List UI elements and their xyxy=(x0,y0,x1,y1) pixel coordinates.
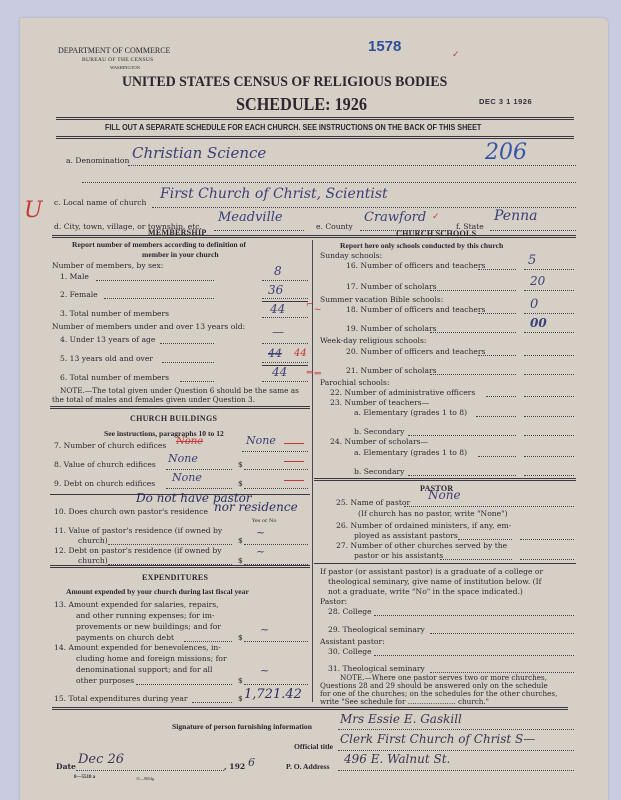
q25-line xyxy=(404,506,574,507)
q21-label: 21. Number of scholars xyxy=(346,366,437,375)
q3-label: 3. Total number of members xyxy=(60,309,169,318)
denomination-label: a. Denomination xyxy=(66,156,129,165)
q14-line-2: cluding home and foreign missions; for xyxy=(76,654,227,663)
expenditures-rule xyxy=(52,707,568,710)
q18-label: 18. Number of officers and teachers xyxy=(346,305,485,314)
q15-total-field[interactable]: 1,721.42 xyxy=(244,687,302,702)
po-address-line xyxy=(338,770,574,771)
q11-value-field[interactable]: ~ xyxy=(256,526,265,539)
date-field[interactable]: Dec 26 xyxy=(78,752,124,767)
q11-label-1: 11. Value of pastor's residence (if owne… xyxy=(54,526,222,535)
q2-label: 2. Female xyxy=(60,290,98,299)
buildings-title: CHURCH BUILDINGS xyxy=(130,414,217,423)
instructions-rule xyxy=(56,136,574,139)
q12-label-1: 12. Debt on pastor's residence (if owned… xyxy=(54,546,222,555)
q7-struck: None xyxy=(176,436,203,447)
official-title-label: Official title xyxy=(294,742,333,751)
q8-label: 8. Value of church edifices xyxy=(54,460,156,469)
q13-dollar: $ xyxy=(238,633,243,642)
q6-label: 6. Total number of members xyxy=(60,373,169,382)
city-label: WASHINGTON xyxy=(110,65,140,70)
schools-title: CHURCH SCHOOLS xyxy=(396,229,476,238)
q14-leader xyxy=(136,684,232,685)
q5-label: 5. 13 years old and over xyxy=(60,354,153,363)
q11-label-2: church) xyxy=(78,536,108,545)
age-label: Number of members under and over 13 year… xyxy=(52,322,245,331)
department-label: DEPARTMENT OF COMMERCE xyxy=(58,46,170,55)
q19-field[interactable]: 00 xyxy=(530,316,547,330)
parochial-schools-label: Parochial schools: xyxy=(320,378,390,387)
q26-line-2: ployed as assistant pastors xyxy=(354,531,458,540)
q30-college-field[interactable] xyxy=(374,655,574,656)
q27-line-2: pastor or his assistants xyxy=(354,551,443,560)
membership-rule xyxy=(50,406,310,409)
expenditures-subtitle: Amount expended by your church during la… xyxy=(66,587,249,596)
buildings-rule xyxy=(50,565,310,568)
q18-leader xyxy=(478,313,516,314)
q23a-label: a. Elementary (grades 1 to 8) xyxy=(354,408,467,417)
denomination-field[interactable]: Christian Science xyxy=(132,144,266,162)
q9-leader xyxy=(166,488,232,489)
q12-dollar: $ xyxy=(238,556,243,565)
denomination-line xyxy=(128,165,576,166)
assistant-pastor-label: Assistant pastor: xyxy=(320,637,385,646)
q6-total-field[interactable]: 44 xyxy=(272,365,287,379)
membership-note: NOTE.—The total given under Question 6 s… xyxy=(52,386,307,404)
local-name-field[interactable]: First Church of Christ, Scientist xyxy=(160,186,388,202)
q4-leader xyxy=(160,343,214,344)
red-tick-q18: ⌐ xyxy=(306,300,314,310)
q8-dollar: $ xyxy=(238,460,243,469)
q27-line-1: 27. Number of other churches served by t… xyxy=(336,541,507,550)
q13-amount-field[interactable]: ~ xyxy=(260,623,269,636)
q8-line xyxy=(244,469,308,470)
q18-field[interactable]: 0 xyxy=(530,297,538,312)
q17-field[interactable]: 20 xyxy=(530,274,545,288)
q13-line-4: payments on church debt xyxy=(76,633,174,642)
q19-label: 19. Number of scholars xyxy=(346,324,437,333)
q16-line xyxy=(524,269,574,270)
q13-line-2: and other running expenses; for im- xyxy=(76,611,215,620)
state-field[interactable]: Penna xyxy=(494,208,537,224)
by-sex-label: Number of members, by sex: xyxy=(52,261,163,270)
q25-hint: (If church has no pastor, write "None") xyxy=(358,509,508,518)
schools-subtitle: Report here only schools conducted by th… xyxy=(340,241,503,250)
check-mark: ✓ xyxy=(452,50,460,60)
q10-yes-no-hint: Yes or No xyxy=(252,517,276,526)
date-label: Date xyxy=(56,762,76,771)
q9-dollar: $ xyxy=(238,479,243,488)
grad-note-2: theological seminary, give name of insti… xyxy=(328,577,541,586)
q13-line xyxy=(244,641,308,642)
grad-note-3: not a graduate, write "No" in the space … xyxy=(328,587,523,596)
q12-label-2: church) xyxy=(78,556,108,565)
q5-line xyxy=(262,362,308,363)
schedule-title: SCHEDULE: 1926 xyxy=(236,94,367,115)
q20-label: 20. Number of officers and teachers xyxy=(346,347,485,356)
q12-value-field[interactable]: ~ xyxy=(256,545,265,558)
instructions-banner: FILL OUT A SEPARATE SCHEDULE FOR EACH CH… xyxy=(105,123,481,132)
received-date-stamp: DEC 3 1 1926 xyxy=(479,97,532,106)
form-code-1: 8—5518 a xyxy=(74,775,95,780)
q23-label: 23. Number of teachers— xyxy=(330,398,429,407)
q21-leader xyxy=(430,374,516,375)
q29-seminary-field[interactable] xyxy=(430,633,574,634)
official-title-line xyxy=(338,750,574,751)
q5-struck-value: 44 xyxy=(268,347,282,360)
grad-note-1: If pastor (or assistant pastor) is a gra… xyxy=(320,567,543,576)
q5-over13-field[interactable]: 44 xyxy=(294,348,307,359)
q9-line xyxy=(244,488,308,489)
date-line xyxy=(76,770,224,771)
q2-line xyxy=(262,298,308,299)
q25-label: 25. Name of pastor xyxy=(336,498,410,507)
q11-dollar: $ xyxy=(238,536,243,545)
q17-leader xyxy=(430,290,516,291)
q24a-leader xyxy=(478,456,516,457)
signature-field[interactable]: Mrs Essie E. Gaskill xyxy=(340,712,462,726)
q19-line xyxy=(524,332,574,333)
q7-label: 7. Number of church edifices xyxy=(54,441,166,450)
q24b-leader xyxy=(408,475,516,476)
q1-label: 1. Male xyxy=(60,272,89,281)
membership-subtitle-1: Report number of members according to de… xyxy=(72,240,246,249)
q24-label: 24. Number of scholars— xyxy=(330,437,428,446)
county-field[interactable]: Crawford xyxy=(364,210,426,225)
expenditures-title: EXPENDITURES xyxy=(142,573,208,582)
q17-line xyxy=(524,290,574,291)
q14-line xyxy=(244,684,308,685)
q26-field[interactable] xyxy=(520,539,574,540)
q1-male-field[interactable]: 8 xyxy=(274,264,282,278)
q16-label: 16. Number of officers and teachers xyxy=(346,261,485,270)
year-digit-field[interactable]: 6 xyxy=(248,756,255,769)
po-address-label: P. O. Address xyxy=(286,762,329,771)
summer-schools-label: Summer vacation Bible schools: xyxy=(320,295,443,304)
q14-line-4: other purposes xyxy=(76,676,134,685)
q7-line xyxy=(242,451,308,452)
city-line xyxy=(214,230,304,231)
year-prefix: , 192 xyxy=(224,762,245,771)
q8-value-field[interactable]: None xyxy=(168,452,198,465)
q25-pastor-name-field[interactable]: None xyxy=(428,488,461,502)
pastor-note-4: write "See schedule for ................… xyxy=(320,698,489,706)
q17-label: 17. Number of scholars xyxy=(346,282,437,291)
q14-line-1: 14. Amount expended for benevolences, in… xyxy=(54,643,221,652)
q31-label: 31. Theological seminary xyxy=(328,664,425,673)
signature-label: Signature of person furnishing informati… xyxy=(172,722,312,731)
q6-line xyxy=(262,381,308,382)
q14-line-3: denominational support; and for all xyxy=(76,665,212,674)
state-line xyxy=(490,230,576,231)
q26-line-1: 26. Number of ordained ministers, if any… xyxy=(336,521,511,530)
q20-field[interactable] xyxy=(524,355,574,356)
q4-label: 4. Under 13 years of age xyxy=(60,335,155,344)
schools-rule xyxy=(314,478,576,481)
membership-subtitle-2: member in your church xyxy=(142,250,219,259)
q23b-field[interactable] xyxy=(524,435,574,436)
q22-field[interactable] xyxy=(524,396,574,397)
q9-debt-field[interactable]: None xyxy=(172,471,202,484)
q28-label: 28. College xyxy=(328,607,372,616)
sunday-schools-label: Sunday schools: xyxy=(320,251,382,260)
margin-mark: U xyxy=(24,198,43,223)
header-rule xyxy=(56,117,574,120)
buildings-subtitle: See instructions, paragraphs 10 to 12 xyxy=(104,429,224,438)
q2-female-field[interactable]: 36 xyxy=(268,283,283,297)
q13-line-3: provements or new buildings; and for xyxy=(76,622,221,631)
bureau-label: BUREAU OF THE CENSUS xyxy=(82,57,153,63)
local-name-label: c. Local name of church xyxy=(54,198,146,207)
code-number: 206 xyxy=(485,140,527,165)
county-check: ✓ xyxy=(432,212,440,222)
denomination-line-2 xyxy=(82,182,576,183)
q23a-field[interactable] xyxy=(524,416,574,417)
identity-rule xyxy=(52,235,576,238)
q29-label: 29. Theological seminary xyxy=(328,625,425,634)
q16-leader xyxy=(478,269,516,270)
q15-leader xyxy=(192,702,232,703)
q23a-leader xyxy=(476,416,516,417)
q28-college-field[interactable] xyxy=(374,615,574,616)
q30-label: 30. College xyxy=(328,647,372,656)
stamp-number: 1578 xyxy=(368,38,401,55)
q21-field[interactable] xyxy=(524,374,574,375)
q3-total-field[interactable]: 44 xyxy=(270,302,285,316)
q9-label: 9. Debt on church edifices xyxy=(54,479,155,488)
q19-leader xyxy=(430,332,516,333)
red-mark-q9 xyxy=(284,480,304,481)
weekday-schools-label: Week-day religious schools: xyxy=(320,336,426,345)
pastor-rule xyxy=(314,563,576,564)
q23b-leader xyxy=(408,435,516,436)
q23b-label: b. Secondary xyxy=(354,427,404,436)
q10-answer-line2[interactable]: nor residence xyxy=(214,500,298,514)
q13-leader xyxy=(184,641,232,642)
q3-line xyxy=(262,317,308,318)
q26-leader xyxy=(458,539,512,540)
q2-leader xyxy=(104,298,214,299)
city-field[interactable]: Meadville xyxy=(218,210,283,225)
q18-line xyxy=(524,313,574,314)
q10-label: 10. Does church own pastor's residence xyxy=(54,507,208,516)
q22-label: 22. Number of administrative officers xyxy=(330,388,475,397)
red-mark-q8 xyxy=(284,461,304,462)
q15-dollar: $ xyxy=(238,694,243,703)
q5-leader xyxy=(162,362,214,363)
q6-leader xyxy=(180,381,214,382)
form-code-2: 11—9654g xyxy=(136,776,154,781)
official-title-field[interactable]: Clerk First Church of Christ S— xyxy=(340,732,535,746)
q13-line-1: 13. Amount expended for salaries, repair… xyxy=(54,600,219,609)
q7-edifices-field[interactable]: None xyxy=(246,434,276,447)
q22-leader xyxy=(486,396,516,397)
q24a-field[interactable] xyxy=(524,456,574,457)
q24b-field[interactable] xyxy=(524,475,574,476)
q4-under13-field[interactable]: — xyxy=(272,325,284,339)
red-mark-q7 xyxy=(284,443,304,444)
q11-leader xyxy=(108,544,232,545)
q14-dollar: $ xyxy=(238,676,243,685)
q27-leader xyxy=(440,559,512,560)
q16-field[interactable]: 5 xyxy=(528,253,536,268)
q11-line xyxy=(244,544,308,545)
q14-amount-field[interactable]: ~ xyxy=(260,664,269,677)
red-tick-q3: ~ xyxy=(314,305,322,315)
q8-leader xyxy=(166,469,232,470)
q24b-label: b. Secondary xyxy=(354,467,404,476)
q4-line xyxy=(262,343,308,344)
red-tick-parochial: ⇐ xyxy=(306,368,314,378)
q24a-label: a. Elementary (grades 1 to 8) xyxy=(354,448,467,457)
membership-title: MEMBERSHIP xyxy=(148,228,207,237)
q1-line xyxy=(262,280,308,281)
county-label: e. County xyxy=(316,222,353,231)
po-address-field[interactable]: 496 E. Walnut St. xyxy=(344,752,450,766)
q27-field[interactable] xyxy=(520,559,574,560)
q20-leader xyxy=(478,355,516,356)
q1-leader xyxy=(96,280,214,281)
form-title: UNITED STATES CENSUS OF RELIGIOUS BODIES xyxy=(122,74,447,91)
pastor-label: Pastor: xyxy=(320,597,347,606)
signature-line xyxy=(338,729,574,730)
q15-label: 15. Total expenditures during year xyxy=(54,694,188,703)
